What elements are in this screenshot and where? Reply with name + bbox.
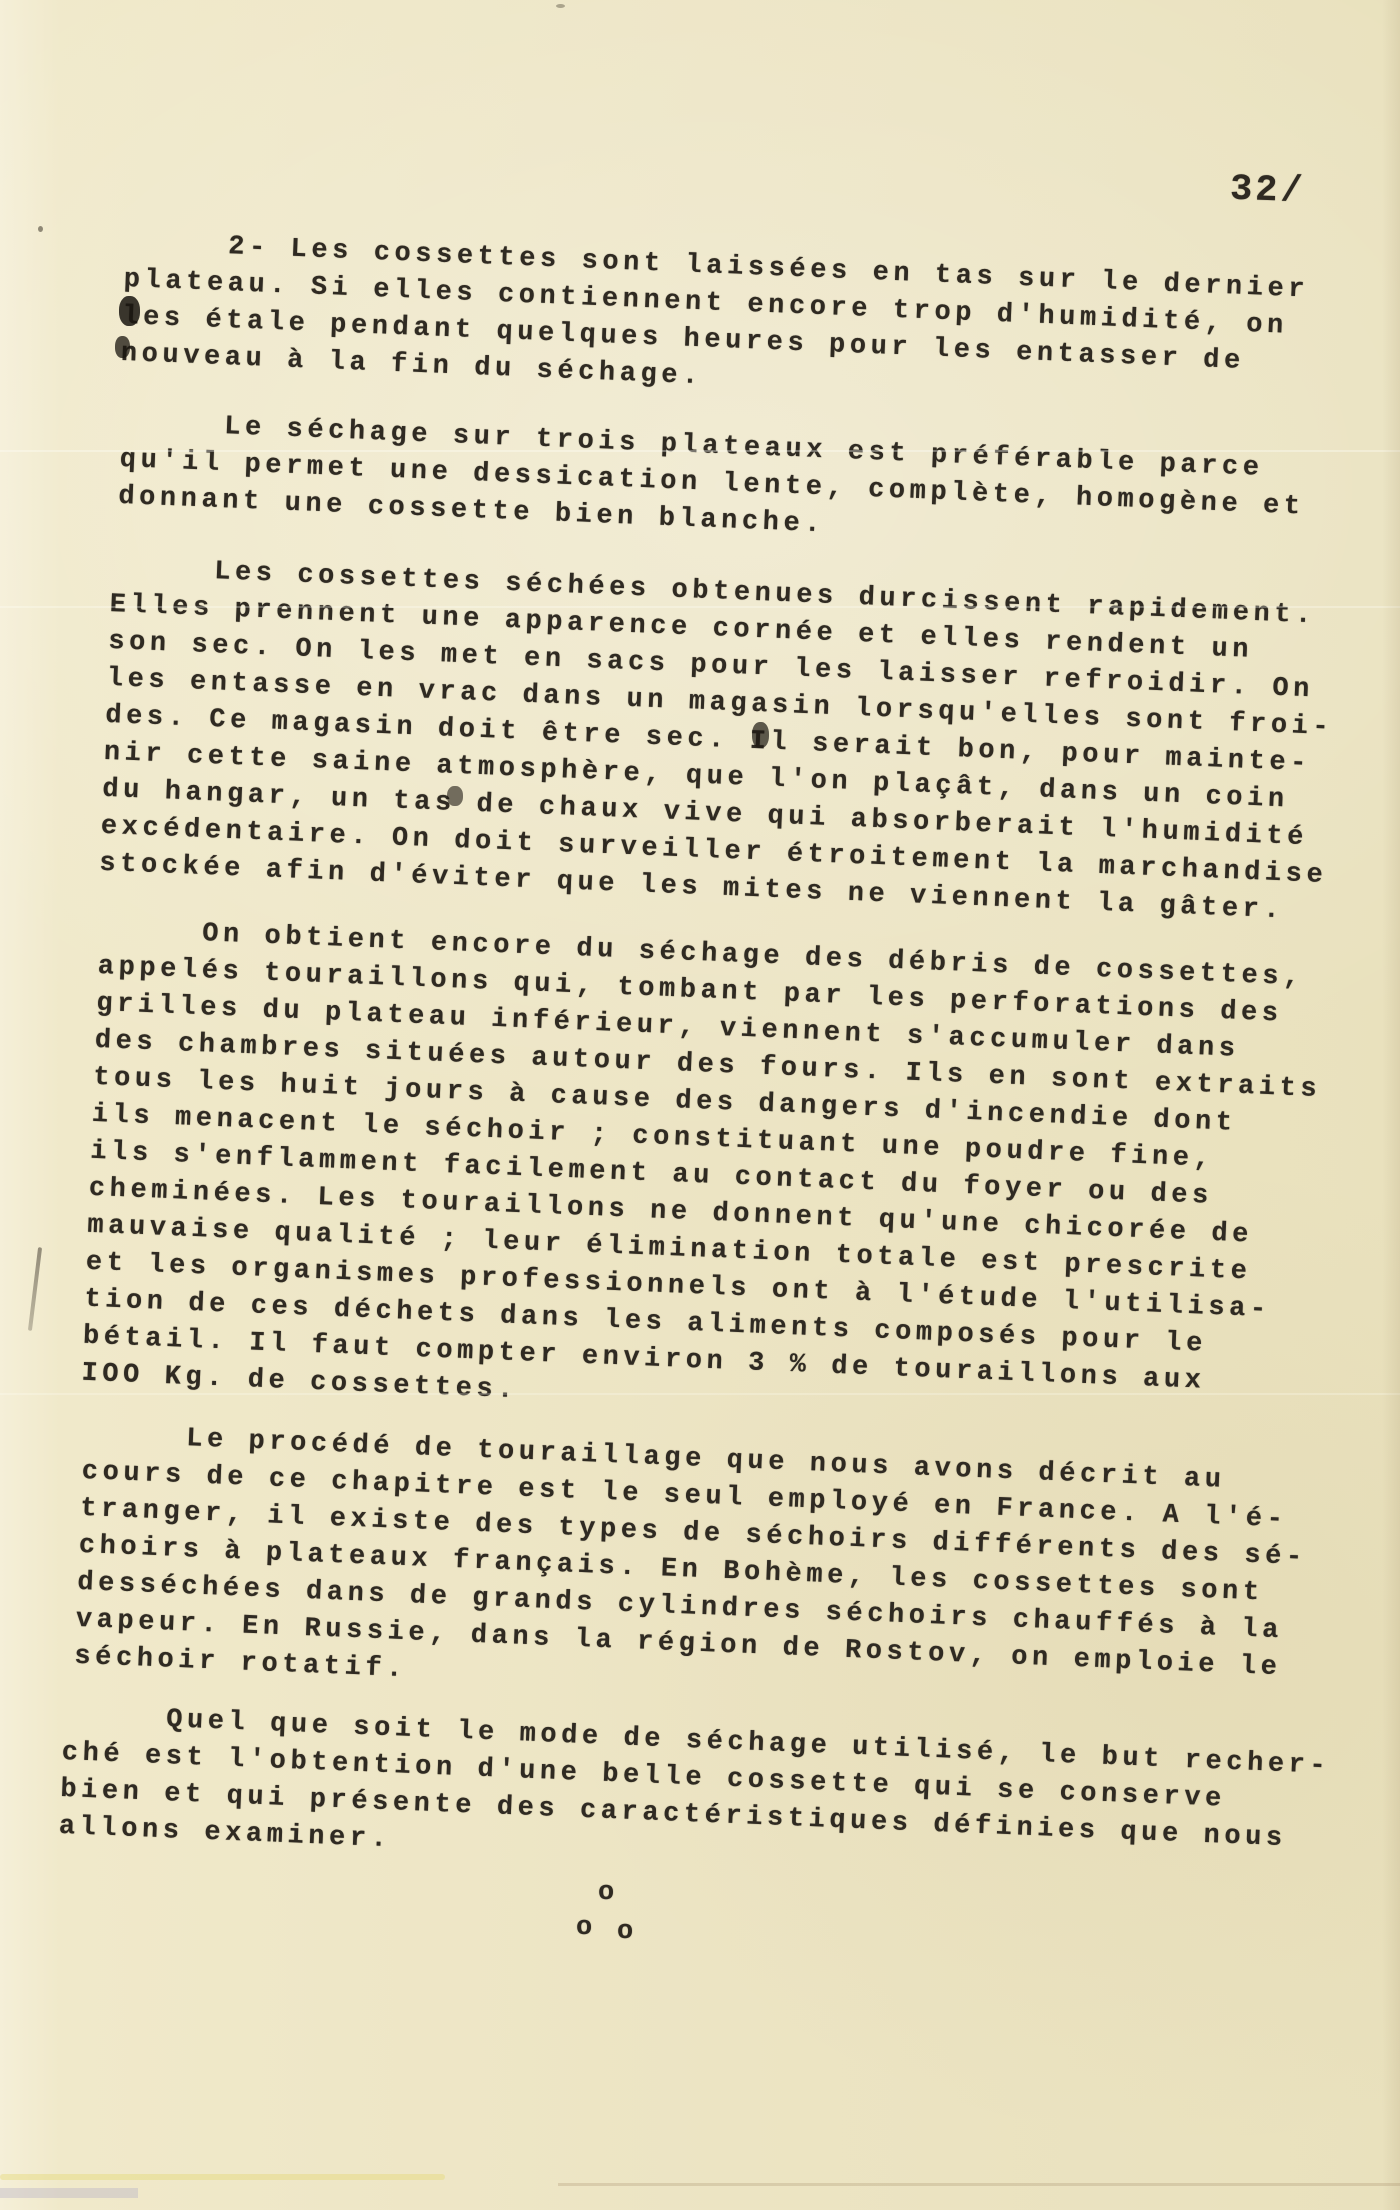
paragraph-2: Le séchage sur trois plateaux est préfér… bbox=[118, 405, 1307, 563]
scan-edge-shadow bbox=[1382, 0, 1400, 2210]
pen-mark bbox=[28, 1247, 42, 1331]
paragraph-4: On obtient encore du séchage des débris … bbox=[81, 912, 1327, 1442]
paragraph-6: Quel que soit le mode de séchage utilisé… bbox=[58, 1698, 1331, 1897]
paper-streak bbox=[0, 2174, 445, 2180]
document-page: 32/ 2- Les cossettes sont laissées en ta… bbox=[0, 0, 1400, 2210]
paper-streak bbox=[0, 2188, 138, 2198]
footer-mark: o bbox=[576, 1913, 592, 1943]
paragraph-3: Les cossettes séchées obtenues durcissen… bbox=[99, 550, 1339, 932]
page-number: 32/ bbox=[1229, 169, 1306, 214]
ink-speck bbox=[556, 4, 565, 8]
paper-streak bbox=[558, 2183, 1400, 2186]
ink-speck bbox=[38, 226, 43, 232]
footer-mark: o bbox=[598, 1878, 614, 1908]
footer-mark: o bbox=[617, 1917, 633, 1947]
paragraph-5: Le procédé de touraillage que nous avons… bbox=[74, 1417, 1311, 1725]
paragraph-1: 2- Les cossettes sont laissées en tas su… bbox=[120, 225, 1310, 420]
